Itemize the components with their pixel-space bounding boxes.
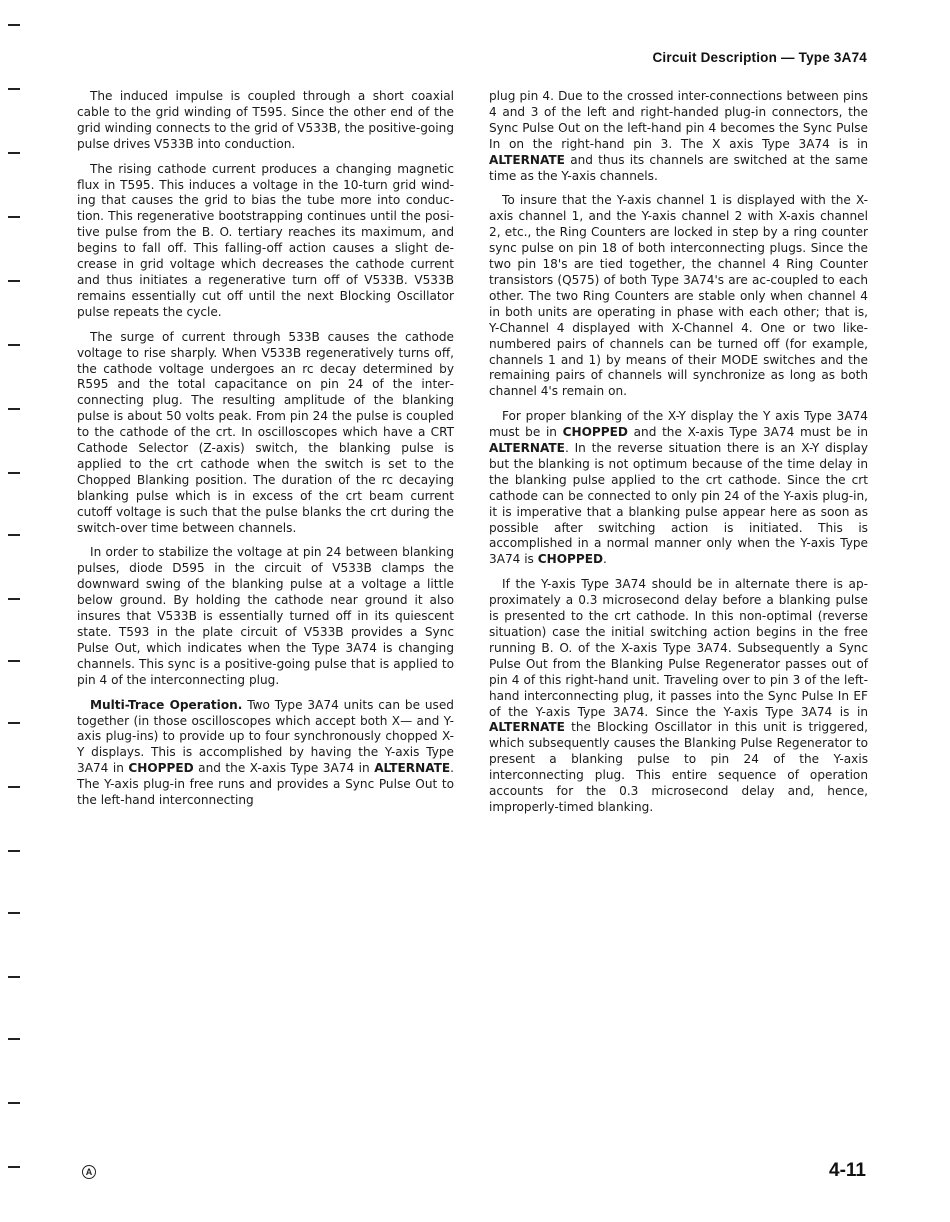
margin-dash — [8, 1038, 20, 1040]
paragraph-multi-trace: Multi-Trace Operation. Two Type 3A74 uni… — [77, 698, 454, 809]
paragraph-stabilize-voltage: In order to stabilize the voltage at pin… — [77, 545, 454, 688]
margin-dash — [8, 1102, 20, 1104]
mode-alternate: ALTERNATE — [489, 441, 565, 455]
margin-dash — [8, 976, 20, 978]
margin-dash — [8, 660, 20, 662]
mode-chopped: CHOPPED — [538, 552, 603, 566]
margin-dash — [8, 850, 20, 852]
paragraph-proper-blanking: For proper blanking of the X-Y display t… — [489, 409, 868, 568]
paragraph-alternate-delay: If the Y-axis Type 3A74 should be in alt… — [489, 577, 868, 816]
right-column: plug pin 4. Due to the crossed inter-con… — [489, 89, 868, 825]
margin-dash — [8, 912, 20, 914]
left-column: The induced impulse is coupled through a… — [77, 89, 454, 818]
mode-alternate: ALTERNATE — [489, 720, 565, 734]
margin-dash — [8, 280, 20, 282]
margin-dash — [8, 88, 20, 90]
margin-dash — [8, 534, 20, 536]
running-header: Circuit Description — Type 3A74 — [652, 50, 867, 65]
paragraph-plug-pin-continued: plug pin 4. Due to the crossed inter-con… — [489, 89, 868, 184]
mode-chopped: CHOPPED — [563, 425, 628, 439]
paragraph-rising-cathode: The rising cathode current produces a ch… — [77, 162, 454, 321]
margin-dash — [8, 24, 20, 26]
page-number: 4-11 — [829, 1160, 866, 1182]
paragraph-induced-impulse: The induced impulse is coupled through a… — [77, 89, 454, 153]
mode-chopped: CHOPPED — [128, 761, 193, 775]
margin-dash — [8, 722, 20, 724]
paragraph-ring-counters: To insure that the Y-axis channel 1 is d… — [489, 193, 868, 400]
margin-dash — [8, 216, 20, 218]
margin-dash — [8, 344, 20, 346]
margin-dash — [8, 1166, 20, 1168]
margin-dash — [8, 408, 20, 410]
mode-alternate: ALTERNATE — [374, 761, 450, 775]
margin-dash — [8, 152, 20, 154]
paragraph-surge-current: The surge of current through 533B causes… — [77, 330, 454, 537]
margin-dash — [8, 786, 20, 788]
margin-dash — [8, 598, 20, 600]
section-heading-multi-trace: Multi-Trace Operation. — [90, 698, 242, 712]
margin-dash — [8, 472, 20, 474]
mode-alternate: ALTERNATE — [489, 153, 565, 167]
revision-mark-icon: A — [82, 1165, 96, 1179]
